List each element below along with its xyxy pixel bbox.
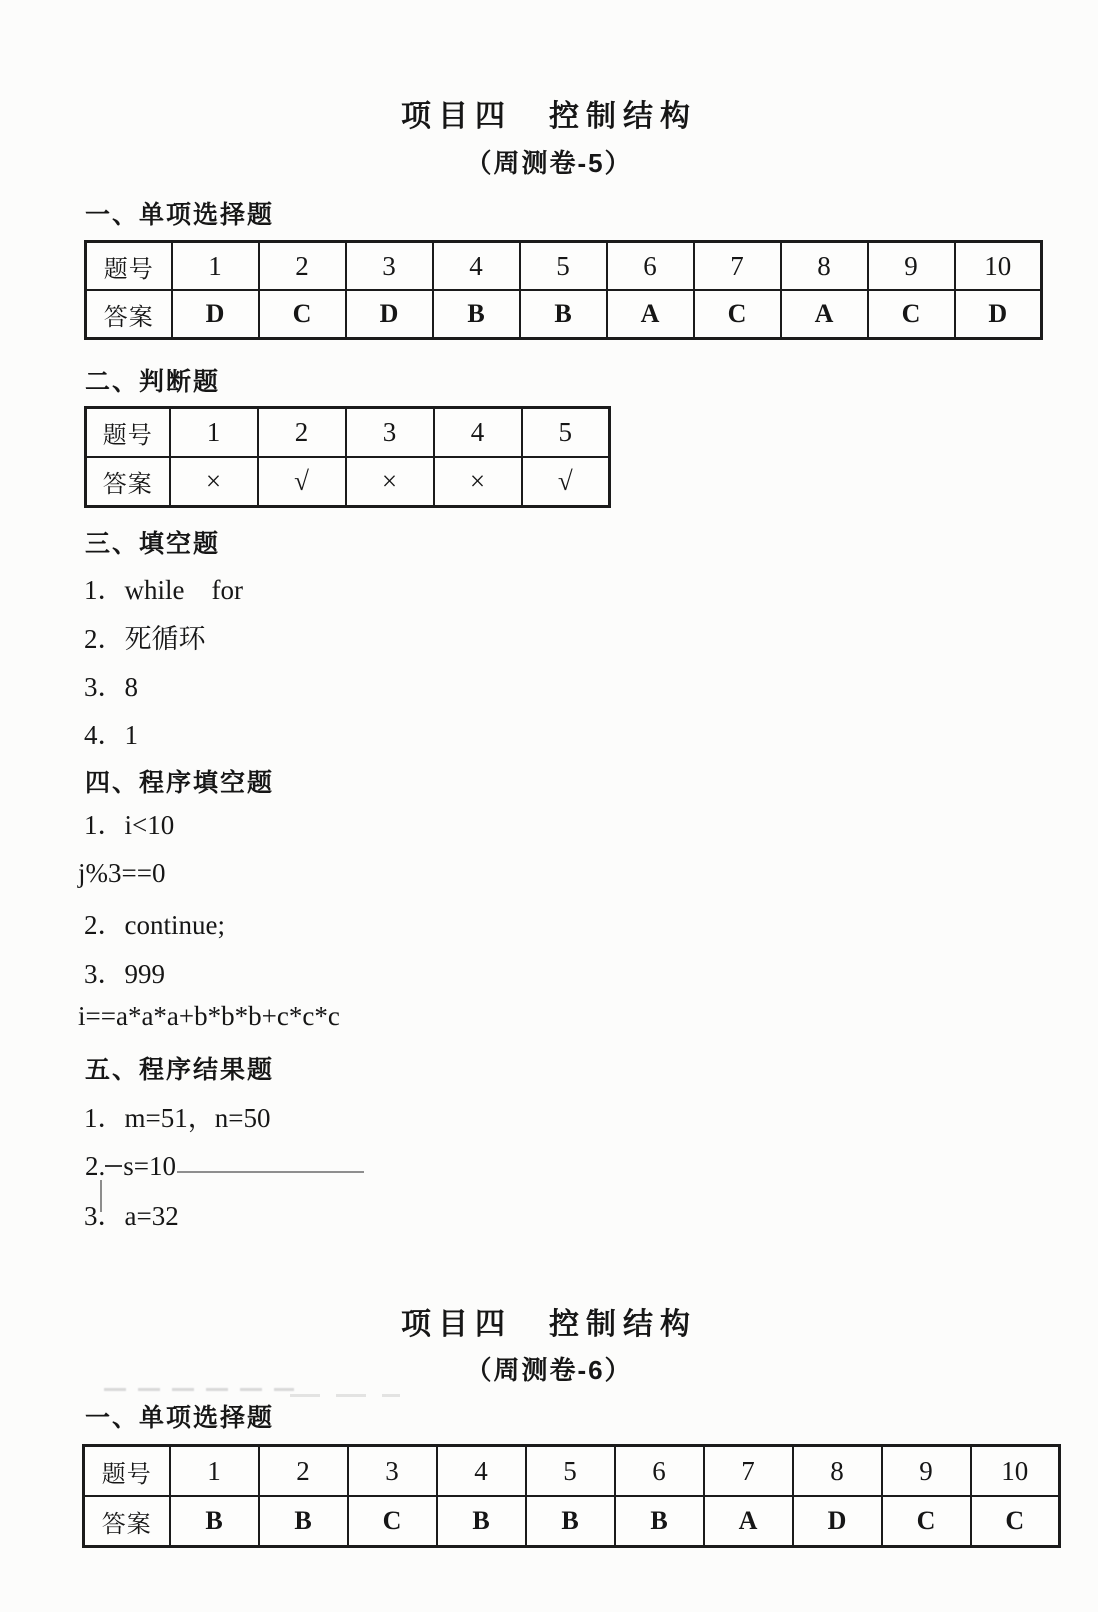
question-number-cell: 1 [170,1446,259,1497]
question-number-cell: 6 [607,242,694,291]
answer-cell: A [704,1496,793,1547]
question-number-cell: 5 [522,408,610,458]
answer-cell: D [793,1496,882,1547]
paper5-program-result-heading: 五、程序结果题 [85,1050,274,1086]
scan-artifact-dash [105,1165,122,1167]
answer-row: 答案 D C D B B A C A C D [86,290,1042,339]
question-number-cell: 5 [526,1446,615,1497]
question-number-cell: 5 [520,242,607,291]
program-fill-answer-line: 3．999 [84,960,165,990]
program-fill-answer-line: 2．continue; [84,911,225,941]
paper5-single-choice-table: 题号 1 2 3 4 5 6 7 8 9 10 答案 D C D B B A C [84,240,1043,340]
program-result-answer-line: 2.s=10 [85,1152,364,1182]
answer-cell: B [170,1496,259,1547]
question-number-cell: 10 [955,242,1042,291]
answer-cell: × [346,457,434,507]
answer-cell: √ [258,457,346,507]
paper5-subtitle: （周测卷-5） [0,143,1098,180]
answer-cell: C [868,290,955,339]
question-number-cell: 4 [437,1446,526,1497]
question-number-cell: 7 [704,1446,793,1497]
paper5-program-fill-heading: 四、程序填空题 [85,763,274,799]
row-label-cell: 答案 [84,1496,170,1547]
question-number-cell: 4 [433,242,520,291]
answer-cell: D [955,290,1042,339]
fill-answer-line: 2．死循环 [84,625,206,655]
answer-cell: C [348,1496,437,1547]
question-number-cell: 9 [882,1446,971,1497]
question-number-cell: 8 [793,1446,882,1497]
question-number-cell: 3 [346,242,433,291]
paper5-single-choice-heading: 一、单项选择题 [85,195,274,231]
answer-row: 答案 × √ × × √ [86,457,610,507]
fill-answer-line: 1．while for [84,576,243,606]
question-number-cell: 6 [615,1446,704,1497]
row-label-cell: 题号 [84,1446,170,1497]
item-number: 2. [85,1151,105,1181]
question-number-cell: 2 [259,1446,348,1497]
item-text: s=10 [123,1151,176,1181]
answer-cell: C [259,290,346,339]
answer-cell: C [971,1496,1060,1547]
question-number-cell: 1 [170,408,258,458]
program-result-answer-line: 1．m=51，n=50 [84,1104,270,1134]
row-label-cell: 答案 [86,457,170,507]
question-number-row: 题号 1 2 3 4 5 6 7 8 9 10 [86,242,1042,291]
question-number-row: 题号 1 2 3 4 5 [86,408,610,458]
paper5-judge-table: 题号 1 2 3 4 5 答案 × √ × × √ [84,406,611,508]
answer-cell: B [615,1496,704,1547]
answer-cell: D [346,290,433,339]
question-number-cell: 2 [258,408,346,458]
answer-cell: B [520,290,607,339]
question-number-row: 题号 1 2 3 4 5 6 7 8 9 10 [84,1446,1060,1497]
question-number-cell: 9 [868,242,955,291]
row-label-cell: 答案 [86,290,172,339]
row-label-cell: 题号 [86,242,172,291]
answer-cell: √ [522,457,610,507]
scan-artifact-ghost-text [104,1386,294,1394]
program-result-answer-line: 3．a=32 [84,1202,179,1232]
answer-cell: A [781,290,868,339]
paper5-fill-heading: 三、填空题 [85,524,220,560]
scanned-answer-key-page: 项目四 控制结构 （周测卷-5） 一、单项选择题 题号 1 2 3 4 5 6 … [0,0,1098,1612]
question-number-cell: 4 [434,408,522,458]
paper6-single-choice-heading: 一、单项选择题 [85,1398,274,1434]
answer-cell: C [882,1496,971,1547]
question-number-cell: 7 [694,242,781,291]
paper5-title: 项目四 控制结构 [0,91,1098,135]
answer-cell: C [694,290,781,339]
question-number-cell: 1 [172,242,259,291]
answer-row: 答案 B B C B B B A D C C [84,1496,1060,1547]
question-number-cell: 3 [348,1446,437,1497]
answer-cell: A [607,290,694,339]
program-fill-answer-line: 1．i<10 [84,811,174,841]
answer-cell: B [259,1496,348,1547]
answer-cell: B [433,290,520,339]
question-number-cell: 8 [781,242,868,291]
scan-artifact-ghost-text [290,1394,400,1397]
row-label-cell: 题号 [86,408,170,458]
paper6-title: 项目四 控制结构 [0,1299,1098,1343]
answer-cell: B [526,1496,615,1547]
question-number-cell: 2 [259,242,346,291]
program-fill-answer-line: i==a*a*a+b*b*b+c*c*c [78,1002,340,1032]
answer-cell: D [172,290,259,339]
scan-artifact-underline [177,1171,364,1173]
paper6-subtitle: （周测卷-6） [0,1350,1098,1387]
fill-answer-line: 3．8 [84,673,138,703]
answer-cell: B [437,1496,526,1547]
paper5-judge-heading: 二、判断题 [85,362,220,398]
question-number-cell: 3 [346,408,434,458]
paper6-single-choice-table: 题号 1 2 3 4 5 6 7 8 9 10 答案 B B C B B B A [82,1444,1061,1548]
question-number-cell: 10 [971,1446,1060,1497]
answer-cell: × [434,457,522,507]
fill-answer-line: 4．1 [84,721,138,751]
answer-cell: × [170,457,258,507]
program-fill-answer-line: j%3==0 [78,859,165,889]
